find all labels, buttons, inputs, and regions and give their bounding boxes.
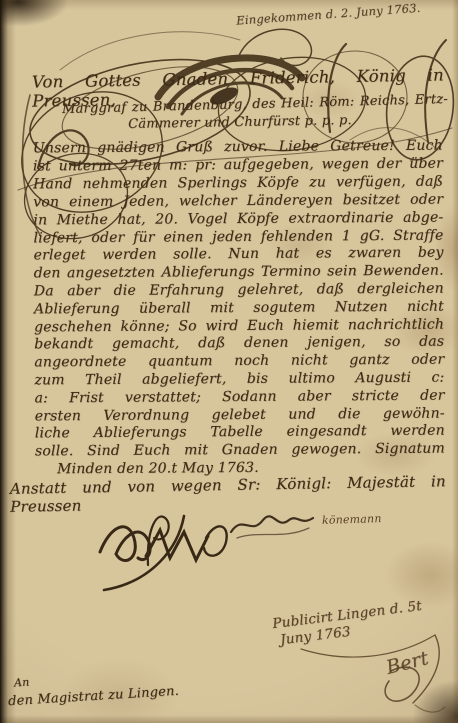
manuscript-line: in Miethe hat, 20. Vogel Köpfe extraordi…	[33, 210, 443, 229]
address-line1: An	[14, 675, 30, 689]
manuscript-line: von einem Jeden, welcher Ländereyen besi…	[33, 192, 443, 211]
manuscript-line: ersten Verordnung gelebet und die gewöhn…	[35, 406, 445, 425]
manuscript-line: a: Frist verstattet; Sodann aber stricte…	[35, 388, 445, 407]
publication-signature-flourish	[295, 615, 455, 723]
manuscript-line: zum Theil abgeliefert, bis ultimo August…	[34, 370, 444, 389]
manuscript-line: Unsern gnädigen Gruß zuvor. Liebe Getreu…	[33, 138, 443, 157]
address-line2: den Magistrat zu Lingen.	[8, 684, 180, 709]
manuscript-line: geschehen könne; So wird Euch hiemit nac…	[34, 317, 444, 336]
manuscript-line: Ablieferung überall mit sogutem Nutzen n…	[34, 299, 444, 318]
manuscript-line: Da aber die Erfahrung gelehret, daß derg…	[34, 281, 444, 300]
manuscript-line: bekandt gemacht, daß denen jenigen, so d…	[34, 334, 444, 353]
manuscript-line: liche Ablieferungs Tabelle eingesandt we…	[35, 423, 445, 442]
letter-body: Unsern gnädigen Gruß zuvor. Liebe Getreu…	[33, 138, 445, 486]
manuscript-dateline: Minden den 20.t May 1763.	[57, 460, 259, 477]
manuscript-line: Hand nehmenden Sperlings Köpfe zu verfüg…	[33, 174, 443, 193]
manuscript-line: solle. Sind Euch mit Gnaden gewogen. Sig…	[35, 441, 445, 460]
manuscript-scan: Eingekommen d. 2. Juny 1763. Von Gottes …	[0, 0, 458, 723]
countersignature: könemann	[322, 512, 382, 527]
manuscript-line: erleget werden solle. Nun hat es zwaren …	[34, 245, 444, 264]
manuscript-line: liefert, oder für einen jeden fehlenden …	[33, 228, 443, 247]
signature-official-2	[225, 502, 320, 547]
manuscript-line: den angesetzten Ablieferungs Termino sei…	[34, 263, 444, 282]
manuscript-line: angeordnete quantum noch nicht gantz ode…	[34, 352, 444, 371]
manuscript-line: ist unterm 27ten m: pr: aufgegeben, wege…	[33, 156, 443, 175]
